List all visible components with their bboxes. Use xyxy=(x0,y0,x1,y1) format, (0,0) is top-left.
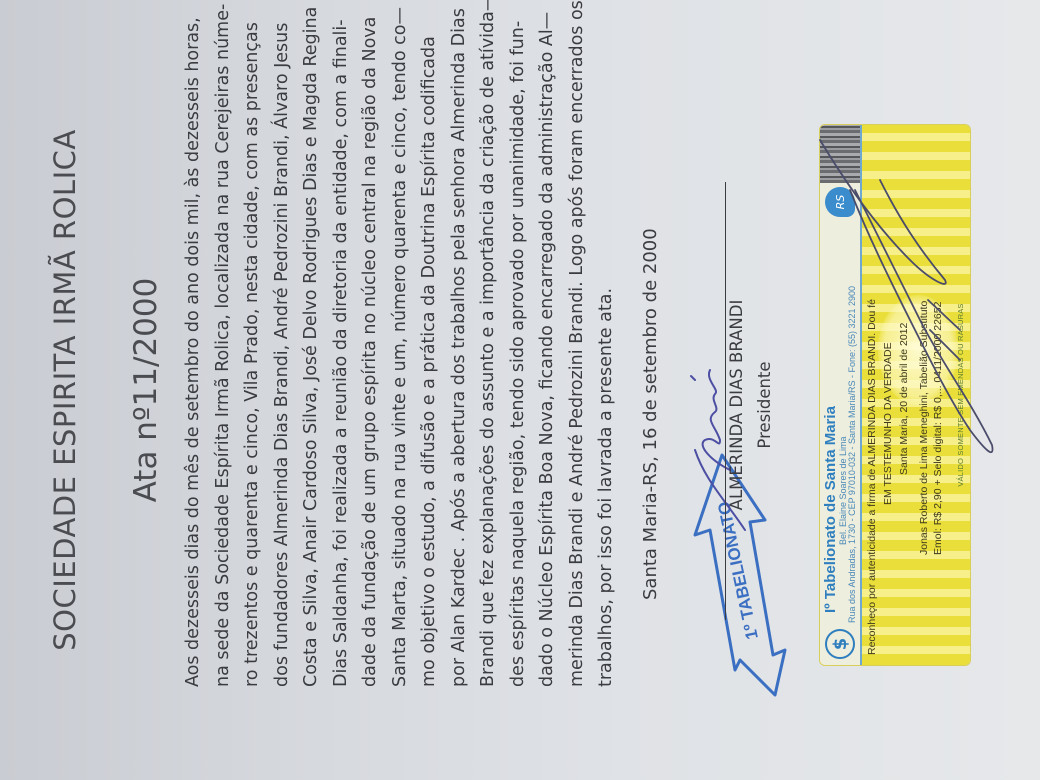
minutes-body: Aos dezesseis dias do mês de setembro do… xyxy=(179,47,622,687)
body-line: merinda Dias Brandi e André Pedrozini Br… xyxy=(563,47,593,687)
body-line: des espíritas naquela região, tendo sido… xyxy=(504,47,534,687)
body-line: por Alan Kardec . Após a abertura dos tr… xyxy=(445,47,475,687)
signature-line xyxy=(725,182,726,620)
sticker-text-line: Reconheço por autenticidade a firma de A… xyxy=(866,299,878,655)
document-subtitle: Ata nº11/2000 xyxy=(128,0,164,780)
sticker-text-line: Santa Maria, 20 de abril de 2012 xyxy=(898,323,910,475)
body-line: na sede da Sociedade Espírita Irmã Rolic… xyxy=(209,47,239,687)
body-line: dos fundadores Almerinda Dias Brandi, An… xyxy=(268,47,298,687)
notary-address: Rua dos Andradas, 1730 - CEP 97010-032 -… xyxy=(847,286,857,623)
body-line: mo objetivo o estudo, a difusão e a prát… xyxy=(415,47,445,687)
body-line: Brandi que fez explanações do assunto e … xyxy=(474,47,504,687)
sticker-footer: VÁLIDO SOMENTE SEM EMENDAS OU RASURAS xyxy=(956,125,965,665)
sticker-text-line: Jonas Roberto de Lima Meneghini, Tabeliã… xyxy=(918,301,930,555)
body-line: Dias Saldanha, foi realizada a reunião d… xyxy=(327,47,357,687)
signer-name: ALMERINDA DIAS BRANDI xyxy=(727,205,746,605)
barcode-icon xyxy=(820,125,860,183)
signer-role: Presidente xyxy=(755,205,774,605)
notary-authentication-sticker: $ Iº Tabelionato de Santa Maria Bel. Ela… xyxy=(820,125,970,665)
body-line: dade da fundação de um grupo espírita no… xyxy=(356,47,386,687)
sticker-header: $ Iº Tabelionato de Santa Maria Bel. Ela… xyxy=(820,125,862,665)
sticker-text-line: Emol: R$ 2,90 + Selo digital: R$ 0,... 0… xyxy=(932,302,944,555)
body-line: Aos dezesseis dias do mês de setembro do… xyxy=(179,47,209,687)
notary-dollar-logo-icon: $ xyxy=(825,629,855,659)
document-title: SOCIEDADE ESPIRITA IRMÃ ROLICA xyxy=(48,0,82,780)
sticker-text-line: EM TESTEMUNHO DA VERDADE xyxy=(882,342,894,505)
notary-office-name: Iº Tabelionato de Santa Maria xyxy=(822,406,839,613)
body-line: ro trezentos e quarenta e cinco, Vila Pr… xyxy=(238,47,268,687)
body-line: trabalhos, por isso foi lavrada a presen… xyxy=(592,47,622,687)
rs-seal-logo-icon: RS xyxy=(825,187,855,217)
body-line: Costa e Silva, Anair Cardoso Silva, José… xyxy=(297,47,327,687)
body-line: dado o Núcleo Espírita Boa Nova, ficando… xyxy=(533,47,563,687)
document-page: SOCIEDADE ESPIRITA IRMÃ ROLICA Ata nº11/… xyxy=(0,0,1040,780)
body-line: Santa Marta, situado na rua vinte e um, … xyxy=(386,47,416,687)
date-place-line: Santa Maria-RS, 16 de setembro de 2000 xyxy=(640,228,661,600)
